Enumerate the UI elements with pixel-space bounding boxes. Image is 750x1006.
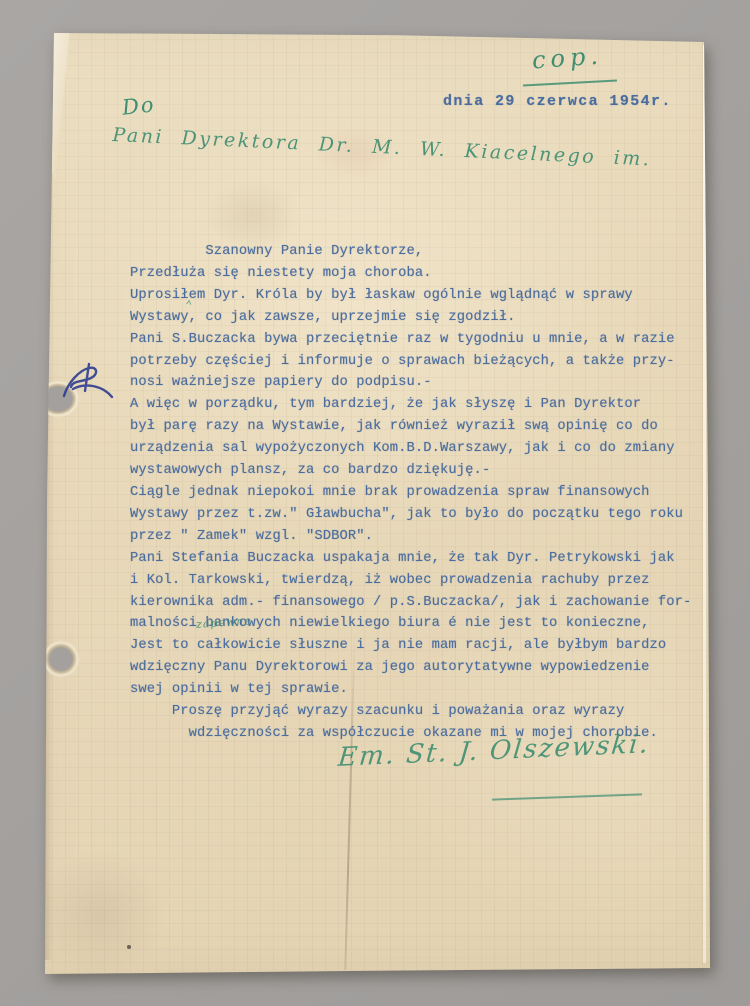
paper-stain: [35, 850, 165, 980]
ink-speck: [127, 945, 131, 949]
punch-hole-bottom: [42, 640, 80, 678]
scan-background: { "colors": { "background": "#a4a19f", "…: [0, 0, 750, 1006]
typed-line: A więc w porządku, tym bardziej, że jak …: [130, 394, 691, 416]
typed-line: wystawowych plansz, za co bardzo dziękuj…: [130, 460, 691, 482]
typed-line: kierownika adm.- finansowego / p.S.Bucza…: [130, 592, 691, 614]
letter-page: cop. dnia 29 czerwca 1954r. Do Pani Dyre…: [0, 0, 750, 1006]
typed-line: przez " Zamek" wzgl. "SDBOR".: [130, 526, 691, 548]
typed-line: Szanowny Panie Dyrektorze,: [130, 241, 691, 263]
paper-stain: [205, 180, 300, 250]
addressee-do-handwritten: Do: [121, 92, 157, 119]
typed-line: Uprosiłem Dyr. Króla by był łaskaw ogóln…: [130, 285, 691, 307]
typed-line: nosi ważniejsze papiery do podpisu.-: [130, 372, 691, 394]
typed-line: Wystawy przez t.zw." Gławbucha", jak to …: [130, 504, 691, 526]
typed-line: Ciągle jednak niepokoi mnie brak prowadz…: [130, 482, 691, 504]
typed-line: swej opinii w tej sprawie.: [130, 679, 691, 701]
typed-line: Wystawy, co jak zawsze, uprzejmie się zg…: [130, 307, 691, 329]
typed-line: Pani S.Buczacka bywa przeciętnie raz w t…: [130, 329, 691, 351]
typed-line: Przedłuża się niestety moja choroba.: [130, 263, 691, 285]
date-line: dnia 29 czerwca 1954r.: [443, 93, 672, 110]
typed-line: Proszę przyjąć wyrazy szacunku i poważan…: [130, 701, 691, 723]
typed-line: był parę razy na Wystawie, jak również w…: [130, 416, 691, 438]
typed-line: i Kol. Tarkowski, twierdzą, iż wobec pro…: [130, 570, 691, 592]
typed-line: wdzięczny Panu Dyrektorowi za jego autor…: [130, 657, 691, 679]
paper-shadow-wrapper: cop. dnia 29 czerwca 1954r. Do Pani Dyre…: [0, 0, 750, 1006]
typed-line: potrzeby częściej i informuje o sprawach…: [130, 351, 691, 373]
typed-line: Pani Stefania Buczacka uspakaja mnie, że…: [130, 548, 691, 570]
right-edge-highlight: [703, 45, 706, 963]
copy-annotation-handwritten: cop.: [531, 42, 604, 75]
typed-line: urządzenia sal wypożyczonych Kom.B.D.War…: [130, 438, 691, 460]
letter-body: Szanowny Panie Dyrektorze,Przedłuża się …: [130, 241, 691, 745]
typed-line: Jest to całkowicie słuszne i ja nie mam …: [130, 635, 691, 657]
pen-scribble-icon: [58, 360, 116, 408]
left-edge-shadow: [45, 170, 53, 960]
